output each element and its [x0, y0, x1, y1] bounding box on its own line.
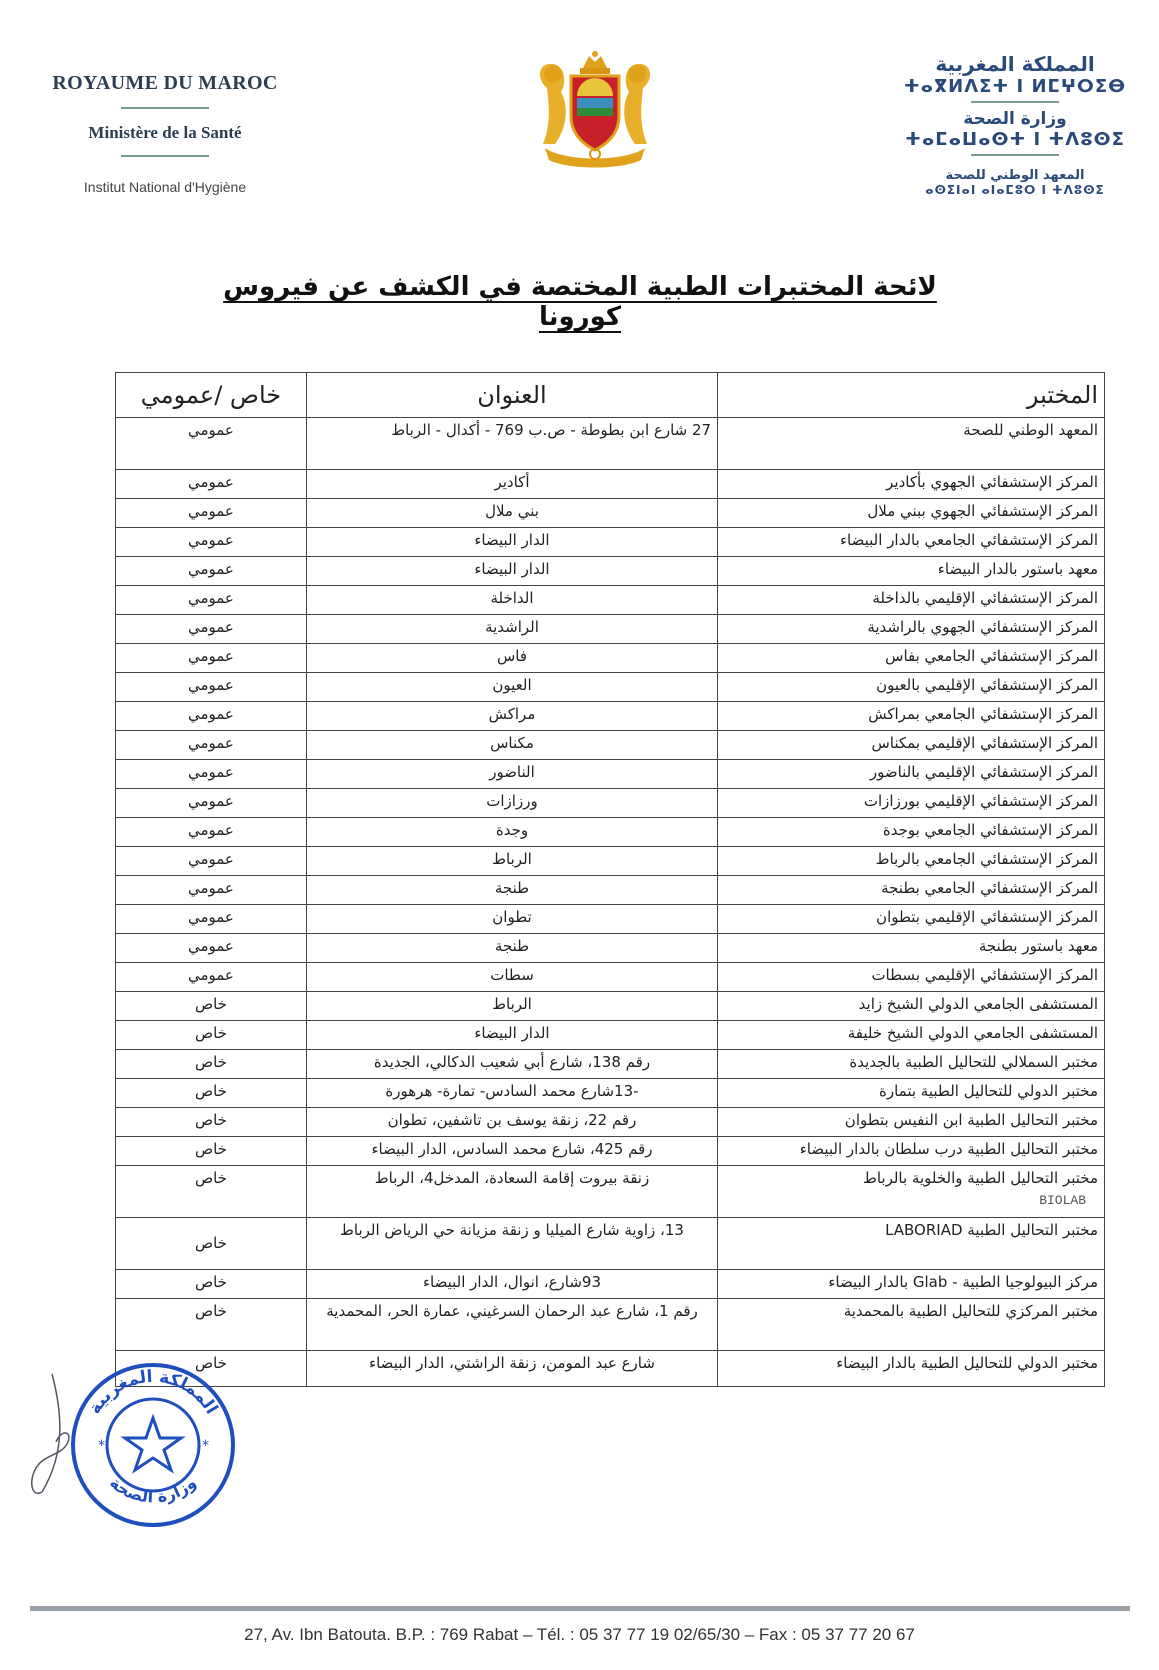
table-row: مختبر التحاليل الطبية درب سلطان بالدار ا… — [116, 1137, 1105, 1166]
institute-label-fr: Institut National d'Hygiène — [20, 179, 310, 195]
lab-type: عمومي — [116, 528, 307, 557]
column-header-type: خاص /عمومي — [116, 373, 307, 418]
table-row: المركز الإستشفائي الجامعي بالرباط الرباط… — [116, 847, 1105, 876]
table-row: المستشفى الجامعي الدولي الشيخ خليفة الدا… — [116, 1021, 1105, 1050]
lab-address: زنقة بيروت إقامة السعادة، المدخل4، الربا… — [306, 1166, 717, 1218]
stamp-bottom-text: وزارة الصحة — [106, 1473, 200, 1506]
lab-type: عمومي — [116, 934, 307, 963]
table-row: المركز الإستشفائي الجامعي بوجدة وجدة عمو… — [116, 818, 1105, 847]
lab-type: عمومي — [116, 673, 307, 702]
lab-name: المركز الإستشفائي الجامعي بمراكش — [718, 702, 1105, 731]
lab-name: مختبر الدولي للتحاليل الطبية بتمارة — [718, 1079, 1105, 1108]
lab-type: خاص — [116, 1270, 307, 1299]
table-row: مختبر الدولي للتحاليل الطبية بتمارة -13ش… — [116, 1079, 1105, 1108]
divider — [121, 107, 209, 109]
lab-name: مختبر التحاليل الطبية درب سلطان بالدار ا… — [718, 1137, 1105, 1166]
lab-type: خاص — [116, 1079, 307, 1108]
lab-type: عمومي — [116, 702, 307, 731]
header-left: ROYAUME DU MAROC Ministère de la Santé I… — [20, 72, 310, 195]
lab-name: مختبر التحاليل الطبية والخلوية بالرباط B… — [718, 1166, 1105, 1218]
table-row: المعهد الوطني للصحة 27 شارع ابن بطوطة - … — [116, 418, 1105, 470]
lab-name: مركز البيولوجيا الطبية - Glab بالدار الب… — [718, 1270, 1105, 1299]
ministry-label-tfng: ⵜⴰⵎⴰⵡⴰⵙⵜ ⵏ ⵜⴷⵓⵙⵉ — [880, 129, 1150, 150]
table-row: المركز الإستشفائي الإقليمي بالداخلة الدا… — [116, 586, 1105, 615]
lab-address: الداخلة — [306, 586, 717, 615]
lab-name: مختبر التحاليل الطبية LABORIAD — [718, 1218, 1105, 1270]
lab-address: العيون — [306, 673, 717, 702]
table-row: معهد باستور بطنجة طنجة عمومي — [116, 934, 1105, 963]
lab-address: -13شارع محمد السادس- تمارة- هرهورة — [306, 1079, 717, 1108]
table-header-row: المختبر العنوان خاص /عمومي — [116, 373, 1105, 418]
table-row: المركز الإستشفائي الجهوي بأكادير أكادير … — [116, 470, 1105, 499]
lab-address: الناضور — [306, 760, 717, 789]
lab-name: المركز الإستشفائي الجامعي بالرباط — [718, 847, 1105, 876]
lab-type: خاص — [116, 1166, 307, 1218]
lab-address: تطوان — [306, 905, 717, 934]
table-row: مختبر السملالي للتحاليل الطبية بالجديدة … — [116, 1050, 1105, 1079]
lab-address: فاس — [306, 644, 717, 673]
column-header-address: العنوان — [306, 373, 717, 418]
lab-address: شارع عبد المومن، زنقة الراشتي، الدار الب… — [306, 1351, 717, 1387]
table-row: مختبر التحاليل الطبية LABORIAD 13، زاوية… — [116, 1218, 1105, 1270]
lab-type: عمومي — [116, 615, 307, 644]
lab-type: عمومي — [116, 557, 307, 586]
lab-address: ورزازات — [306, 789, 717, 818]
lab-name: المركز الإستشفائي الجهوي بأكادير — [718, 470, 1105, 499]
table-row: المركز الإستشفائي الإقليمي بورزازات ورزا… — [116, 789, 1105, 818]
lab-address: مكناس — [306, 731, 717, 760]
lab-address: الدار البيضاء — [306, 557, 717, 586]
table-row: المركز الإستشفائي الجهوي بالراشدية الراش… — [116, 615, 1105, 644]
lab-type: عمومي — [116, 499, 307, 528]
lab-address: وجدة — [306, 818, 717, 847]
table-row: المركز الإستشفائي الإقليمي بالناضور النا… — [116, 760, 1105, 789]
kingdom-label-tfng: ⵜⴰⴳⵍⴷⵉⵜ ⵏ ⵍⵎⵖⵔⵉⴱ — [880, 76, 1150, 97]
lab-name: مختبر التحاليل الطبية ابن النفيس بتطوان — [718, 1108, 1105, 1137]
lab-address: بني ملال — [306, 499, 717, 528]
lab-name: المركز الإستشفائي الإقليمي بتطوان — [718, 905, 1105, 934]
svg-text:*: * — [202, 1438, 209, 1454]
lab-type: عمومي — [116, 731, 307, 760]
lab-type: خاص — [116, 1137, 307, 1166]
lab-name: المركز الإستشفائي الجامعي بوجدة — [718, 818, 1105, 847]
table-row: مختبر التحاليل الطبية والخلوية بالرباط B… — [116, 1166, 1105, 1218]
lab-type: عمومي — [116, 789, 307, 818]
lab-type: عمومي — [116, 760, 307, 789]
lab-type: عمومي — [116, 470, 307, 499]
lab-address: الراشدية — [306, 615, 717, 644]
table-row: المركز الإستشفائي الجامعي بطنجة طنجة عمو… — [116, 876, 1105, 905]
lab-name: المركز الإستشفائي الإقليمي بالناضور — [718, 760, 1105, 789]
table-row: مختبر الدولي للتحاليل الطبية بالدار البي… — [116, 1351, 1105, 1387]
lab-address: أكادير — [306, 470, 717, 499]
table-row: المركز الإستشفائي الإقليمي بمكناس مكناس … — [116, 731, 1105, 760]
table-row: مركز البيولوجيا الطبية - Glab بالدار الب… — [116, 1270, 1105, 1299]
ministry-stamp-icon: * * المملكة المغربية وزارة الصحة — [68, 1360, 238, 1530]
lab-name: معهد باستور بطنجة — [718, 934, 1105, 963]
svg-text:*: * — [98, 1438, 105, 1454]
lab-address: الدار البيضاء — [306, 1021, 717, 1050]
lab-type: عمومي — [116, 644, 307, 673]
lab-address: الرباط — [306, 992, 717, 1021]
lab-address: 93شارع، انوال، الدار البيضاء — [306, 1270, 717, 1299]
lab-address: مراكش — [306, 702, 717, 731]
lab-name: مختبر الدولي للتحاليل الطبية بالدار البي… — [718, 1351, 1105, 1387]
lab-name: المركز الإستشفائي الإقليمي بورزازات — [718, 789, 1105, 818]
lab-name: المركز الإستشفائي الإقليمي بالداخلة — [718, 586, 1105, 615]
labs-table: المختبر العنوان خاص /عمومي المعهد الوطني… — [115, 372, 1105, 1387]
lab-name: مختبر السملالي للتحاليل الطبية بالجديدة — [718, 1050, 1105, 1079]
table-row: مختبر المركزي للتحاليل الطبية بالمحمدية … — [116, 1299, 1105, 1351]
lab-address: طنجة — [306, 876, 717, 905]
column-header-lab: المختبر — [718, 373, 1105, 418]
lab-type: عمومي — [116, 818, 307, 847]
lab-type: عمومي — [116, 847, 307, 876]
lab-address: الدار البيضاء — [306, 528, 717, 557]
lab-address: رقم 22، زنقة يوسف بن تاشفين، تطوان — [306, 1108, 717, 1137]
table-row: المركز الإستشفائي الإقليمي بتطوان تطوان … — [116, 905, 1105, 934]
divider — [971, 101, 1059, 103]
lab-address: 13، زاوية شارع الميليا و زنقة مزيانة حي … — [306, 1218, 717, 1270]
lab-name: مختبر المركزي للتحاليل الطبية بالمحمدية — [718, 1299, 1105, 1351]
footer-divider — [30, 1606, 1130, 1611]
lab-name: معهد باستور بالدار البيضاء — [718, 557, 1105, 586]
lab-name: المركز الإستشفائي الجامعي بطنجة — [718, 876, 1105, 905]
lab-name: المركز الإستشفائي الجامعي بالدار البيضاء — [718, 528, 1105, 557]
svg-text:وزارة الصحة: وزارة الصحة — [106, 1473, 200, 1506]
lab-address: طنجة — [306, 934, 717, 963]
lab-address: 27 شارع ابن بطوطة - ص.ب 769 - أكدال - ال… — [306, 418, 717, 470]
lab-name: المركز الإستشفائي الإقليمي بسطات — [718, 963, 1105, 992]
table-row: المركز الإستشفائي الإقليمي بالعيون العيو… — [116, 673, 1105, 702]
table-row: مختبر التحاليل الطبية ابن النفيس بتطوان … — [116, 1108, 1105, 1137]
lab-name: المستشفى الجامعي الدولي الشيخ زايد — [718, 992, 1105, 1021]
divider — [971, 154, 1059, 156]
lab-name: المركز الإستشفائي الجهوي بالراشدية — [718, 615, 1105, 644]
lab-type: عمومي — [116, 418, 307, 470]
lab-name: المعهد الوطني للصحة — [718, 418, 1105, 470]
ministry-label-ar: وزارة الصحة — [880, 109, 1150, 129]
lab-type: خاص — [116, 1021, 307, 1050]
lab-name: المركز الإستشفائي الإقليمي بمكناس — [718, 731, 1105, 760]
lab-name: المركز الإستشفائي الجهوي ببني ملال — [718, 499, 1105, 528]
coat-of-arms-icon — [525, 48, 665, 173]
divider — [121, 155, 209, 157]
table-row: المركز الإستشفائي الجامعي بمراكش مراكش ع… — [116, 702, 1105, 731]
lab-name-text: مختبر التحاليل الطبية والخلوية بالرباط — [863, 1169, 1098, 1187]
table-row: المركز الإستشفائي الجامعي بالدار البيضاء… — [116, 528, 1105, 557]
lab-type: عمومي — [116, 905, 307, 934]
stamp-top-text: المملكة المغربية — [85, 1367, 222, 1418]
lab-name-extra: BIOLAB — [1039, 1190, 1086, 1211]
lab-type: خاص — [116, 1218, 307, 1270]
lab-name: المركز الإستشفائي الجامعي بفاس — [718, 644, 1105, 673]
lab-type: عمومي — [116, 876, 307, 905]
kingdom-label-ar: المملكة المغربية — [880, 52, 1150, 76]
document-title: لائحة المختبرات الطبية المختصة في الكشف … — [195, 272, 965, 332]
footer-address: 27, Av. Ibn Batouta. B.P. : 769 Rabat – … — [0, 1625, 1159, 1645]
lab-type: خاص — [116, 992, 307, 1021]
svg-text:المملكة المغربية: المملكة المغربية — [85, 1367, 222, 1418]
table-row: معهد باستور بالدار البيضاء الدار البيضاء… — [116, 557, 1105, 586]
lab-type: خاص — [116, 1050, 307, 1079]
lab-type: خاص — [116, 1299, 307, 1351]
header-right: المملكة المغربية ⵜⴰⴳⵍⴷⵉⵜ ⵏ ⵍⵎⵖⵔⵉⴱ وزارة … — [880, 52, 1150, 197]
lab-address: رقم 138، شارع أبي شعيب الدكالي، الجديدة — [306, 1050, 717, 1079]
lab-address: رقم 1، شارع عبد الرحمان السرغيني، عمارة … — [306, 1299, 717, 1351]
lab-type: عمومي — [116, 586, 307, 615]
lab-address: سطات — [306, 963, 717, 992]
institute-label-ar: المعهد الوطني للصحة — [880, 168, 1150, 183]
lab-type: خاص — [116, 1108, 307, 1137]
institute-label-tfng: ⴰⵙⵉⵏⴰⵏ ⴰⵏⴰⵎⵓⵔ ⵏ ⵜⴷⵓⵙⵉ — [880, 183, 1150, 197]
lab-type: عمومي — [116, 963, 307, 992]
lab-address: الرباط — [306, 847, 717, 876]
lab-name: المركز الإستشفائي الإقليمي بالعيون — [718, 673, 1105, 702]
table-row: المركز الإستشفائي الجامعي بفاس فاس عمومي — [116, 644, 1105, 673]
lab-name: المستشفى الجامعي الدولي الشيخ خليفة — [718, 1021, 1105, 1050]
table-row: المركز الإستشفائي الإقليمي بسطات سطات عم… — [116, 963, 1105, 992]
ministry-label-fr: Ministère de la Santé — [20, 123, 310, 143]
kingdom-label-fr: ROYAUME DU MAROC — [20, 72, 310, 95]
lab-address: رقم 425، شارع محمد السادس، الدار البيضاء — [306, 1137, 717, 1166]
table-row: المستشفى الجامعي الدولي الشيخ زايد الربا… — [116, 992, 1105, 1021]
table-row: المركز الإستشفائي الجهوي ببني ملال بني م… — [116, 499, 1105, 528]
